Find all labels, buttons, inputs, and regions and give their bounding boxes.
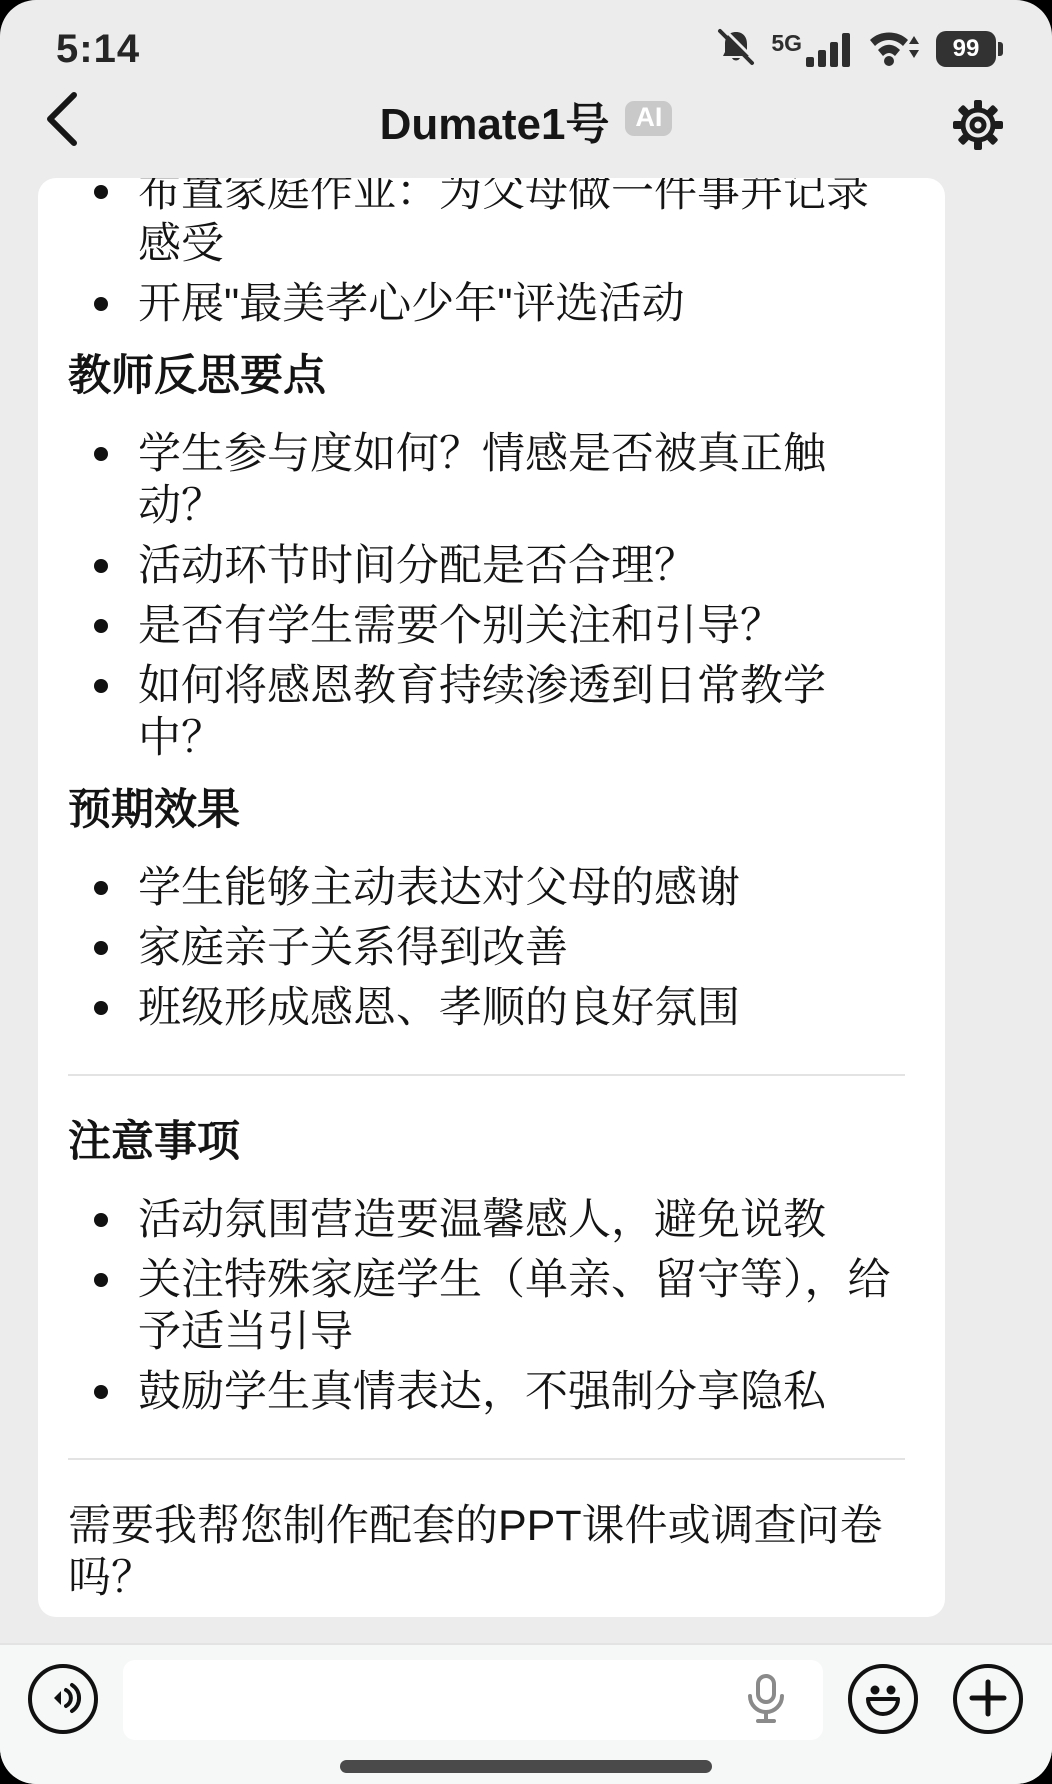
bullet-item: 活动氛围营造要温馨感人，避免说教 — [68, 1194, 905, 1246]
message-content: 布置家庭作业：为父母做一件事并记录感受开展"最美孝心少年"评选活动教师反思要点学… — [68, 178, 905, 1604]
bullet-item: 布置家庭作业：为父母做一件事并记录感受 — [68, 178, 905, 270]
section-divider — [68, 1074, 905, 1076]
more-actions-button[interactable] — [953, 1664, 1023, 1734]
assistant-message-bubble: 布置家庭作业：为父母做一件事并记录感受开展"最美孝心少年"评选活动教师反思要点学… — [38, 178, 945, 1617]
voice-input-button[interactable] — [28, 1664, 98, 1734]
bullet-item: 关注特殊家庭学生（单亲、留守等），给予适当引导 — [68, 1254, 905, 1358]
bullet-item: 如何将感恩教育持续渗透到日常教学中？ — [68, 660, 905, 764]
bullet-item: 鼓励学生真情表达，不强制分享隐私 — [68, 1366, 905, 1418]
bell-slash-icon — [715, 26, 757, 73]
bullet-list: 活动氛围营造要温馨感人，避免说教关注特殊家庭学生（单亲、留守等），给予适当引导鼓… — [68, 1194, 905, 1418]
section-heading: 预期效果 — [68, 784, 905, 836]
phone-screen: 5:14 5G — [0, 0, 1052, 1784]
voice-wave-icon — [41, 1676, 85, 1723]
home-indicator[interactable] — [340, 1760, 712, 1773]
battery-icon: 99 — [936, 31, 996, 67]
section-heading: 注意事项 — [68, 1116, 905, 1168]
gear-icon — [952, 99, 1004, 154]
plus-icon — [966, 1676, 1010, 1723]
bullet-item: 活动环节时间分配是否合理？ — [68, 540, 905, 592]
wifi-icon — [866, 26, 922, 73]
message-input[interactable] — [123, 1660, 823, 1740]
closing-question: 需要我帮您制作配套的PPT课件或调查问卷吗？ — [68, 1500, 905, 1604]
bullet-list: 学生参与度如何？情感是否被真正触动？活动环节时间分配是否合理？是否有学生需要个别… — [68, 428, 905, 764]
bullet-item: 学生能够主动表达对父母的感谢 — [68, 862, 905, 914]
section-divider — [68, 1458, 905, 1460]
battery-percent: 99 — [953, 35, 980, 63]
settings-button[interactable] — [950, 98, 1006, 154]
network-type-label: 5G — [771, 30, 802, 57]
page-title: Dumate1号 — [380, 88, 610, 152]
signal-bars-icon: 5G — [771, 29, 852, 69]
smiley-icon — [860, 1675, 906, 1724]
bullet-list: 布置家庭作业：为父母做一件事并记录感受开展"最美孝心少年"评选活动 — [68, 178, 905, 330]
ai-badge: AI — [625, 101, 672, 136]
bullet-item: 学生参与度如何？情感是否被真正触动？ — [68, 428, 905, 532]
status-icons: 5G 99 — [715, 26, 996, 73]
clock: 5:14 — [56, 27, 140, 72]
bullet-list: 学生能够主动表达对父母的感谢家庭亲子关系得到改善班级形成感恩、孝顺的良好氛围 — [68, 862, 905, 1034]
bullet-item: 是否有学生需要个别关注和引导？ — [68, 600, 905, 652]
chevron-left-icon — [42, 89, 82, 152]
status-bar: 5:14 5G — [0, 0, 1052, 84]
nav-bar: Dumate1号 AI — [0, 84, 1052, 156]
section-heading: 教师反思要点 — [68, 350, 905, 402]
bullet-item: 开展"最美孝心少年"评选活动 — [68, 278, 905, 330]
bullet-item: 家庭亲子关系得到改善 — [68, 922, 905, 974]
bullet-item: 班级形成感恩、孝顺的良好氛围 — [68, 982, 905, 1034]
back-button[interactable] — [36, 88, 84, 152]
emoji-button[interactable] — [848, 1664, 918, 1734]
